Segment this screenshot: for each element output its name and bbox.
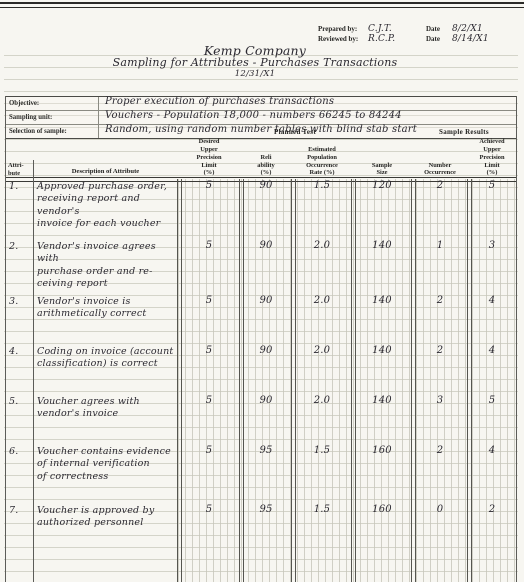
- cell-desired-upper-precision-limit: 5: [178, 445, 240, 456]
- attribute-description: Voucher contains evidence of internal ve…: [37, 446, 177, 483]
- cell-achieved-upper-precision-limit: 2: [468, 504, 516, 515]
- cell-sample-size: 140: [352, 240, 412, 251]
- header-line: Desired: [178, 138, 240, 146]
- cell-reliability: 95: [240, 504, 292, 515]
- column-header-reliability: Reli ability (%): [240, 154, 292, 177]
- description-line: of correctness: [37, 471, 177, 483]
- cell-sample-size: 140: [352, 345, 412, 356]
- header-line: (%): [468, 169, 516, 177]
- cell-number-occurrence: 2: [412, 445, 468, 456]
- attribute-description: Vendor's invoice is arithmetically corre…: [37, 296, 177, 321]
- reviewed-date-value: 8/14/X1: [452, 34, 504, 44]
- cell-desired-upper-precision-limit: 5: [178, 504, 240, 515]
- header-line: Upper: [178, 146, 240, 154]
- header-line: Number: [412, 162, 468, 170]
- header-line: Upper: [468, 146, 516, 154]
- cell-achieved-upper-precision-limit: 4: [468, 295, 516, 306]
- sample-results-group-header: Sample Results: [412, 128, 516, 137]
- attribute-description: Voucher agrees with vendor's invoice: [37, 396, 177, 421]
- header-line: Limit: [178, 162, 240, 170]
- selection-of-sample-label: Selection of sample:: [5, 125, 99, 138]
- objective-row: Objective: Proper execution of purchases…: [5, 97, 516, 111]
- objective-label: Objective:: [5, 97, 99, 110]
- description-line: Vendor's invoice agrees with: [37, 241, 177, 266]
- description-line: Voucher agrees with: [37, 396, 177, 408]
- header-line: (%): [178, 169, 240, 177]
- attribute-description: Voucher is approved by authorized person…: [37, 505, 177, 530]
- cell-achieved-upper-precision-limit: 5: [468, 395, 516, 406]
- prepared-by-initials: C.J.T.: [368, 24, 426, 34]
- attribute-number: 2.: [9, 241, 33, 252]
- attribute-column-line: [33, 160, 34, 582]
- description-column-header: Description of Attribute: [33, 168, 178, 175]
- attribute-description: Vendor's invoice agrees with purchase or…: [37, 241, 177, 291]
- column-header-desired-upper-precision-limit: Desired Upper Precision Limit (%): [178, 138, 240, 177]
- attribute-column-header: Attri- bute: [5, 162, 36, 178]
- description-line: invoice for each voucher: [37, 218, 177, 230]
- description-line: Voucher contains evidence: [37, 446, 177, 458]
- cell-achieved-upper-precision-limit: 4: [468, 345, 516, 356]
- cell-number-occurrence: 1: [412, 240, 468, 251]
- description-line: authorized personnel: [37, 517, 177, 529]
- cell-achieved-upper-precision-limit: 5: [468, 180, 516, 191]
- cell-achieved-upper-precision-limit: 4: [468, 445, 516, 456]
- attribute-description: Coding on invoice (account classificatio…: [37, 346, 177, 371]
- column-header-achieved-upper-precision-limit: Achieved Upper Precision Limit (%): [468, 138, 516, 177]
- reviewed-date-label: Date: [426, 34, 452, 44]
- sampling-unit-value: Vouchers - Population 18,000 - numbers 6…: [99, 110, 516, 124]
- cell-desired-upper-precision-limit: 5: [178, 240, 240, 251]
- sampling-unit-row: Sampling unit: Vouchers - Population 18,…: [5, 111, 516, 125]
- attribute-number: 7.: [9, 505, 33, 516]
- cell-occurrence-rate: 1.5: [292, 445, 352, 456]
- header-line: Precision: [178, 154, 240, 162]
- header-line: Sample: [352, 162, 412, 170]
- reviewed-by-initials: R.C.P.: [368, 34, 426, 44]
- prepared-date-value: 8/2/X1: [452, 24, 504, 34]
- description-line: Approved purchase order,: [37, 181, 177, 193]
- worksheet-title: Sampling for Attributes - Purchases Tran…: [60, 57, 450, 69]
- header-line: Reli: [240, 154, 292, 162]
- cell-sample-size: 160: [352, 504, 412, 515]
- cell-desired-upper-precision-limit: 5: [178, 345, 240, 356]
- description-line: classification) is correct: [37, 358, 177, 370]
- cell-sample-size: 120: [352, 180, 412, 191]
- description-line: receiving report and vendor's: [37, 193, 177, 218]
- reviewed-by-label: Reviewed by:: [318, 34, 368, 44]
- attribute-number: 5.: [9, 396, 33, 407]
- cell-occurrence-rate: 1.5: [292, 180, 352, 191]
- header-line: Size: [352, 169, 412, 177]
- sampling-unit-label: Sampling unit:: [5, 111, 99, 124]
- top-border-rule: [0, 2, 524, 8]
- cell-desired-upper-precision-limit: 5: [178, 180, 240, 191]
- description-line: vendor's invoice: [37, 408, 177, 420]
- cell-occurrence-rate: 2.0: [292, 295, 352, 306]
- cell-occurrence-rate: 2.0: [292, 395, 352, 406]
- title-block: Kemp Company Sampling for Attributes - P…: [60, 44, 450, 80]
- description-line: Voucher is approved by: [37, 505, 177, 517]
- attribute-description: Approved purchase order, receiving repor…: [37, 181, 177, 231]
- cell-number-occurrence: 2: [412, 180, 468, 191]
- prepared-reviewed-block: Prepared by: C.J.T. Date 8/2/X1 Reviewed…: [318, 24, 504, 44]
- prepared-date-label: Date: [426, 24, 452, 34]
- column-header-sample-size: Sample Size: [352, 162, 412, 177]
- description-line: ceiving report: [37, 278, 177, 290]
- attribute-header-line: Attri-: [8, 162, 36, 170]
- header-line: Limit: [468, 162, 516, 170]
- header-line: Estimated: [292, 146, 352, 154]
- table-right-border: [516, 96, 517, 582]
- table-left-border: [5, 96, 6, 582]
- cell-sample-size: 140: [352, 395, 412, 406]
- attribute-number: 6.: [9, 446, 33, 457]
- cell-reliability: 95: [240, 445, 292, 456]
- header-line: Achieved: [468, 138, 516, 146]
- description-line: Vendor's invoice is: [37, 296, 177, 308]
- cell-occurrence-rate: 1.5: [292, 504, 352, 515]
- column-header-number-occurrence: Number Occurrence: [412, 162, 468, 177]
- worksheet-page: Prepared by: C.J.T. Date 8/2/X1 Reviewed…: [0, 0, 524, 582]
- as-of-date: 12/31/X1: [60, 69, 450, 80]
- header-line: Precision: [468, 154, 516, 162]
- header-line: (%): [240, 169, 292, 177]
- cell-desired-upper-precision-limit: 5: [178, 295, 240, 306]
- cell-occurrence-rate: 2.0: [292, 240, 352, 251]
- prepared-by-label: Prepared by:: [318, 24, 368, 34]
- header-line: Occurrence: [292, 162, 352, 170]
- cell-reliability: 90: [240, 295, 292, 306]
- cell-desired-upper-precision-limit: 5: [178, 395, 240, 406]
- cell-reliability: 90: [240, 345, 292, 356]
- description-line: arithmetically correct: [37, 308, 177, 320]
- header-line: Rate (%): [292, 169, 352, 177]
- cell-number-occurrence: 3: [412, 395, 468, 406]
- header-line: Occurrence: [412, 169, 468, 177]
- cell-sample-size: 160: [352, 445, 412, 456]
- cell-reliability: 90: [240, 395, 292, 406]
- objective-value: Proper execution of purchases transactio…: [99, 96, 516, 110]
- attribute-number: 4.: [9, 346, 33, 357]
- cell-reliability: 90: [240, 240, 292, 251]
- description-line: of internal verification: [37, 458, 177, 470]
- cell-number-occurrence: 0: [412, 504, 468, 515]
- column-header-estimated-population-occurrence-rate: Estimated Population Occurrence Rate (%): [292, 146, 352, 177]
- description-line: Coding on invoice (account: [37, 346, 177, 358]
- planned-test-group-header: Planned Test: [178, 128, 412, 137]
- header-line: ability: [240, 162, 292, 170]
- cell-sample-size: 140: [352, 295, 412, 306]
- attribute-number: 1.: [9, 181, 33, 192]
- cell-reliability: 90: [240, 180, 292, 191]
- cell-number-occurrence: 2: [412, 345, 468, 356]
- attribute-number: 3.: [9, 296, 33, 307]
- cell-number-occurrence: 2: [412, 295, 468, 306]
- cell-achieved-upper-precision-limit: 3: [468, 240, 516, 251]
- description-line: purchase order and re-: [37, 266, 177, 278]
- header-line: Population: [292, 154, 352, 162]
- cell-occurrence-rate: 2.0: [292, 345, 352, 356]
